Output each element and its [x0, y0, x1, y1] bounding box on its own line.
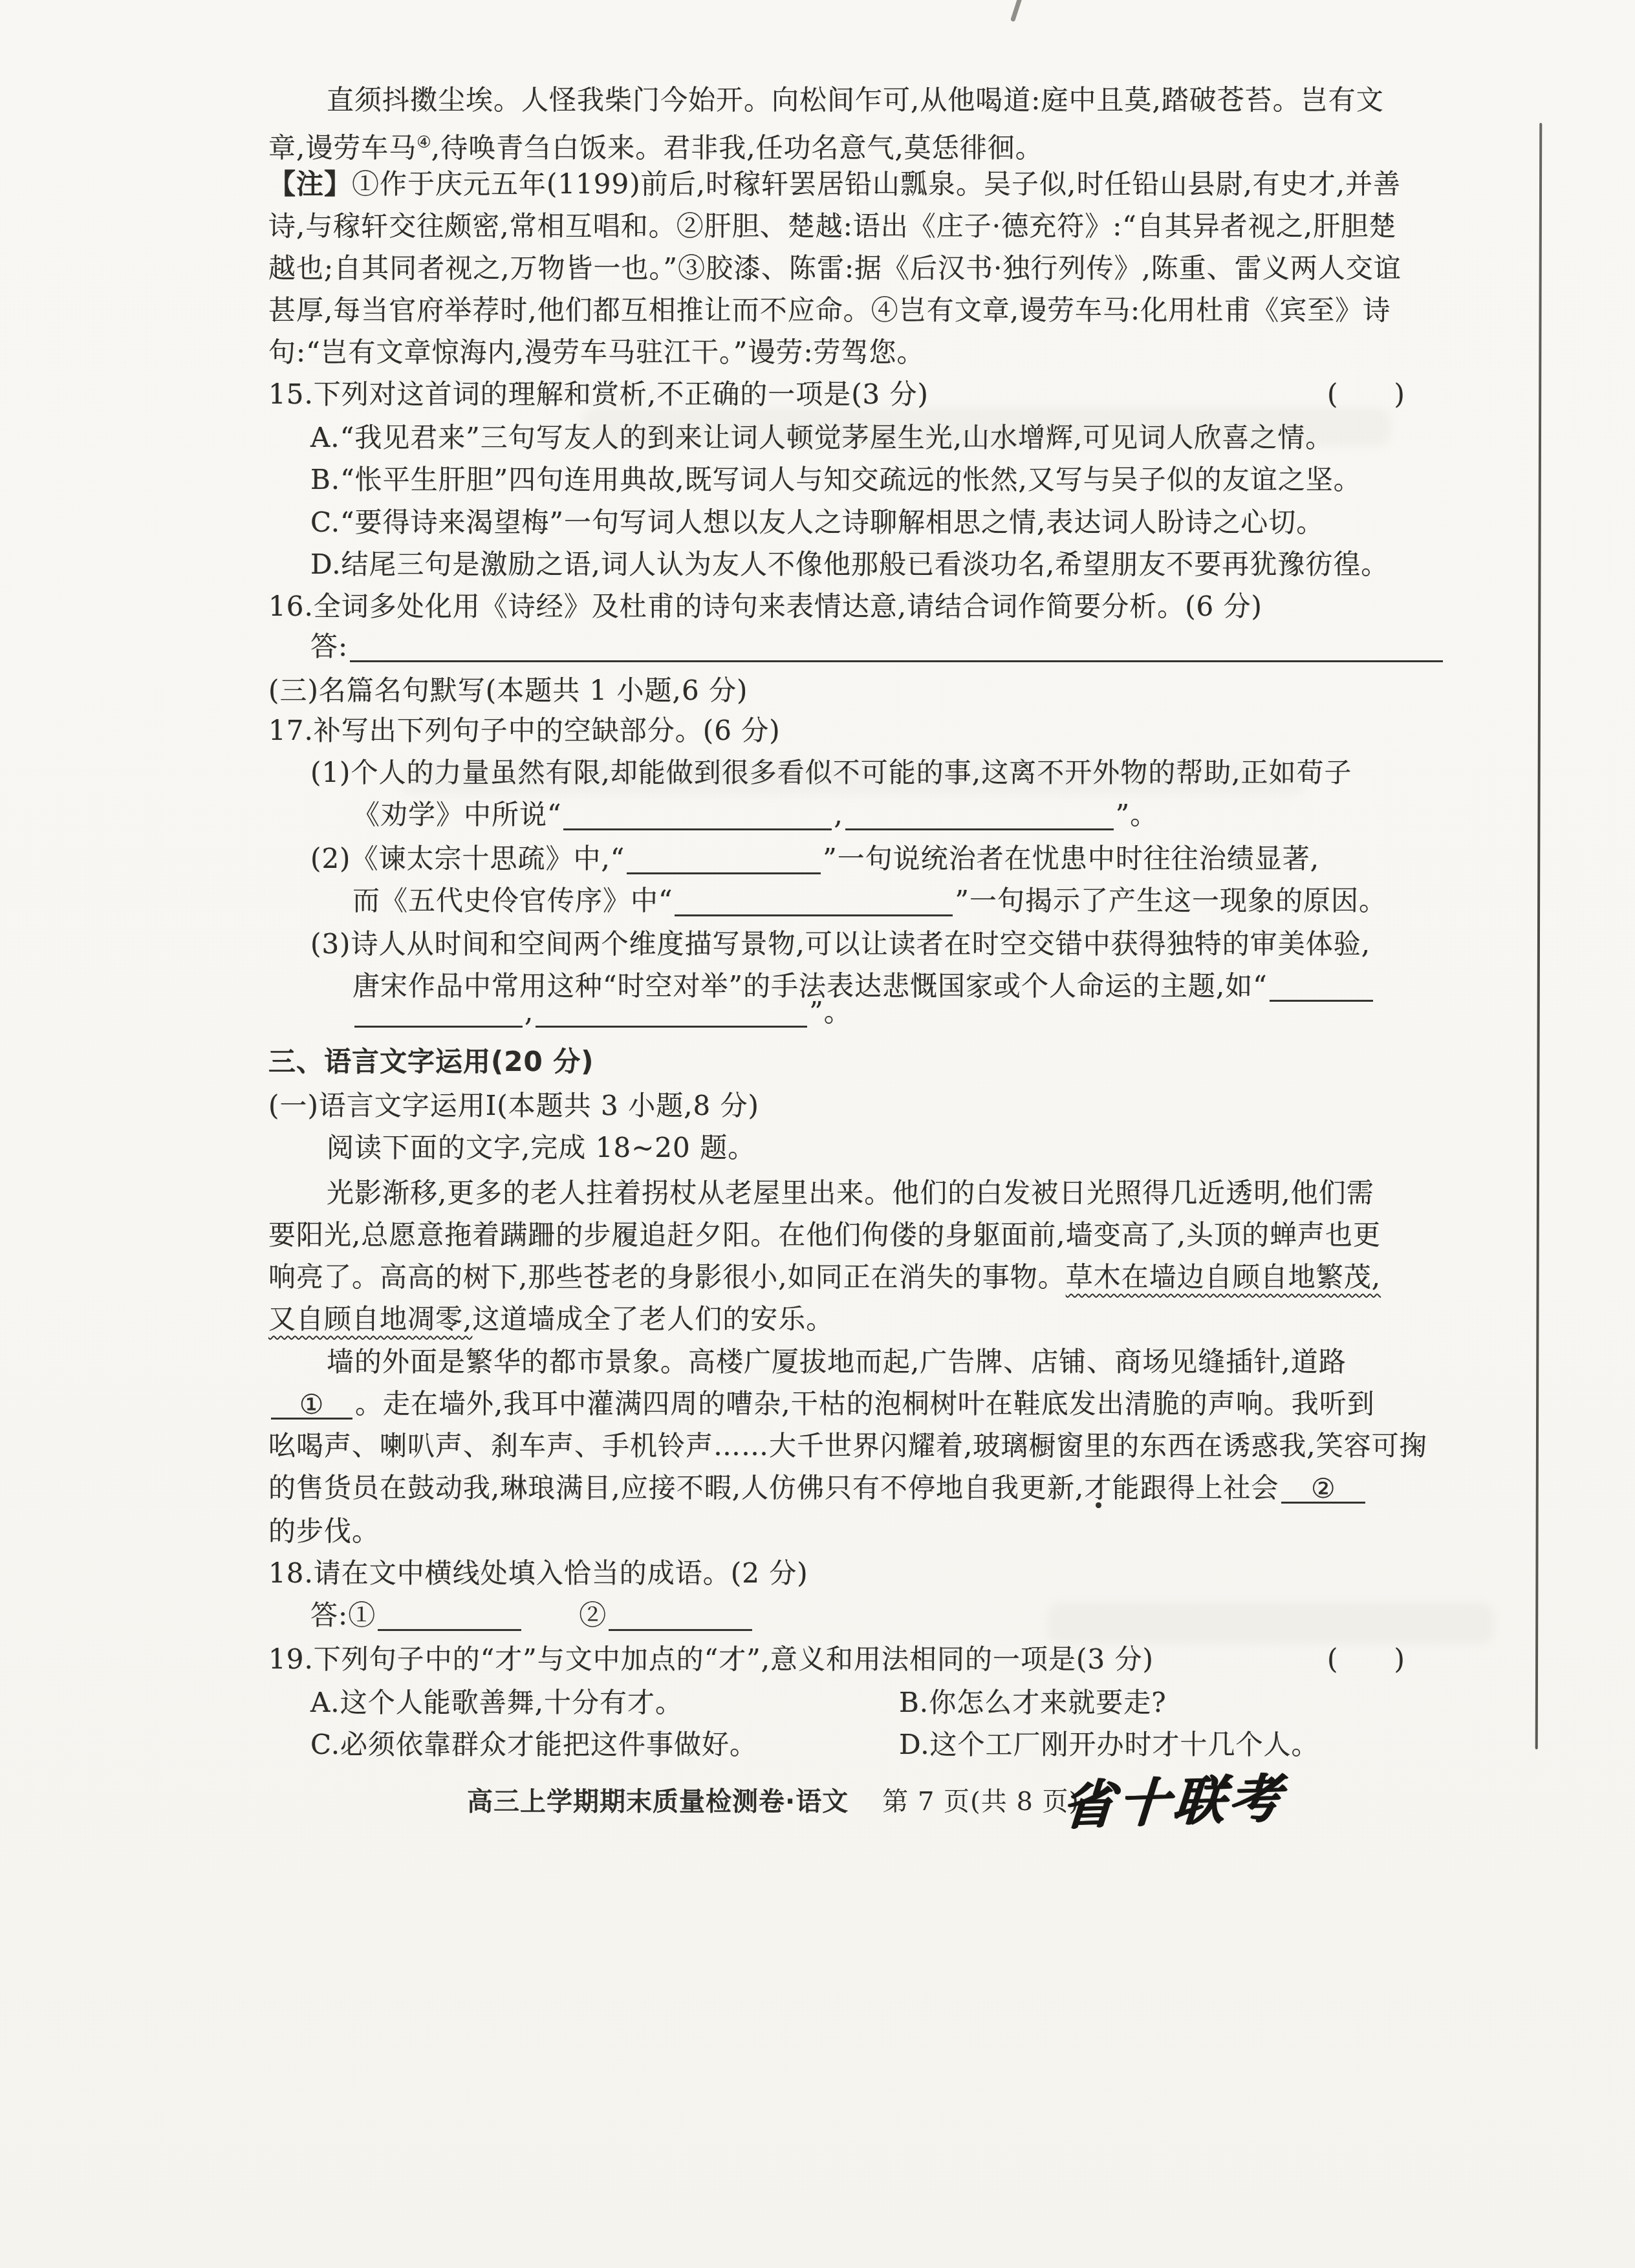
wavy-underlined-text: 草木在墙边自顾自地繁茂,	[1066, 1261, 1381, 1293]
q17-part2-line1: (2)《谏太宗十思疏》中,“”一句说统治者在忧患中时往往治绩显著,	[310, 839, 1319, 878]
section-3-heading: (三)名篇名句默写(本题共 1 小题,6 分)	[268, 671, 748, 710]
text-segment: 。走在墙外,我耳中灌满四周的嘈杂,干枯的泡桐树叶在鞋底发出清脆的声响。我听到	[355, 1388, 1375, 1420]
text-segment: 墙的外面是繁华的都市景象。高楼广厦拔地而起,广告牌、店铺、商场见缝插针,道路	[327, 1346, 1347, 1377]
text-segment: C.必须依靠群众才能把这件事做好。	[310, 1729, 757, 1760]
wavy-underlined-text: 又自顾自地凋零,	[268, 1303, 472, 1335]
text-segment: A.这个人能歌善舞,十分有才。	[310, 1687, 683, 1718]
text-segment: D.这个工厂刚开办时才十几个人。	[899, 1729, 1319, 1760]
text-segment: ”。	[809, 996, 851, 1028]
text-segment: A.“我见君来”三句写友人的到来让词人顿觉茅屋生光,山水增辉,可见词人欣喜之情。	[310, 422, 1333, 453]
blank-underline	[845, 799, 1114, 830]
text-segment: 句:“岂有文章惊海内,漫劳车马驻江干。”谩劳:劳驾您。	[268, 336, 925, 368]
text-segment: 答:①	[310, 1599, 376, 1631]
note-line-4: 甚厚,每当官府举荐时,他们都互相推让而不应命。④岂有文章,谩劳车马:化用杜甫《宾…	[268, 291, 1391, 330]
text-segment: (2)《谏太宗十思疏》中,“	[310, 843, 625, 874]
exam-page: 高三上学期期末质量检测卷·语文第 7 页(共 8 页) 省十联考 直须抖擞尘埃。…	[0, 0, 1635, 2268]
text-segment: B.“怅平生肝胆”四句连用典故,既写词人与知交疏远的怅然,又写与吴子似的友谊之坚…	[310, 464, 1361, 495]
note-line-5: 句:“岂有文章惊海内,漫劳车马驻江干。”谩劳:劳驾您。	[268, 333, 925, 372]
text-segment: 吆喝声、喇叭声、刹车声、手机铃声……大千世界闪耀着,玻璃橱窗里的东西在诱惑我,笑…	[268, 1430, 1427, 1462]
text-segment: D.结尾三句是激励之语,词人认为友人不像他那般已看淡功名,希望朋友不要再犹豫彷徨…	[310, 548, 1389, 580]
blank-underline	[1270, 971, 1373, 1002]
q19-option-a: A.这个人能歌善舞,十分有才。	[310, 1683, 683, 1722]
scan-artifact	[1010, 0, 1023, 22]
question-17: 17.补写出下列句子中的空缺部分。(6 分)	[268, 711, 781, 750]
q15-option-a: A.“我见君来”三句写友人的到来让词人顿觉茅屋生光,山水增辉,可见词人欣喜之情。	[310, 418, 1333, 457]
text-segment: 甚厚,每当官府举荐时,他们都互相推让而不应命。④岂有文章,谩劳车马:化用杜甫《宾…	[268, 294, 1391, 326]
text-segment: (3)诗人从时间和空间两个维度描写景物,可以让读者在时空交错中获得独特的审美体验…	[310, 928, 1370, 960]
part-3-heading: 三、语言文字运用(20 分)	[268, 1042, 594, 1081]
part-3-sub1-heading: (一)语言文字运用Ⅰ(本题共 3 小题,8 分)	[268, 1086, 759, 1125]
passage-p1-line4: 又自顾自地凋零,这道墙成全了老人们的安乐。	[268, 1300, 834, 1339]
poem-line-1: 直须抖擞尘埃。人怪我柴门今始开。向松间乍可,从他喝道:庭中且莫,踏破苍苔。岂有文	[327, 81, 1384, 120]
note-ref-superscript: ④	[417, 133, 431, 151]
text-segment: 而《五代史伶官传序》中“	[352, 885, 673, 916]
text-segment: 直须抖擞尘埃。人怪我柴门今始开。向松间乍可,从他喝道:庭中且莫,踏破苍苔。岂有文	[327, 84, 1384, 116]
passage-p2-line5: 的步伐。	[268, 1512, 380, 1551]
text-segment: 15.下列对这首词的理解和赏析,不正确的一项是(3 分)	[268, 378, 929, 410]
blank-underline	[354, 997, 523, 1028]
passage-p1-line1: 光影渐移,更多的老人拄着拐杖从老屋里出来。他们的白发被日光照得几近透明,他们需	[327, 1174, 1374, 1213]
heading-text: 三、语言文字运用(20 分)	[268, 1046, 594, 1077]
q17-part3-line3: ,”。	[352, 993, 852, 1031]
blank-underline	[378, 1600, 521, 1631]
blank-underline	[536, 997, 807, 1028]
text-segment: ①作于庆元五年(1199)前后,时稼轩罢居铅山瓢泉。吴子似,时任铅山县尉,有史才…	[352, 168, 1401, 200]
q19-option-d: D.这个工厂刚开办时才十几个人。	[899, 1725, 1319, 1764]
passage-p2-line2: ①。走在墙外,我耳中灌满四周的嘈杂,干枯的泡桐树叶在鞋底发出清脆的声响。我听到	[268, 1385, 1375, 1423]
page-edge-scan-line	[1535, 123, 1543, 1749]
poem-line-2: 章,谩劳车马④,待唤青刍白饭来。君非我,任功名意气,莫恁徘徊。	[268, 123, 1043, 167]
q17-part1-line1: (1)个人的力量虽然有限,却能做到很多看似不可能的事,这离不开外物的帮助,正如荀…	[310, 753, 1352, 792]
note-line-3: 越也;自其同者视之,万物皆一也。”③胶漆、陈雷:据《后汉书·独行列传》,陈重、雷…	[268, 249, 1402, 288]
q15-option-d: D.结尾三句是激励之语,词人认为友人不像他那般已看淡功名,希望朋友不要再犹豫彷徨…	[310, 545, 1389, 584]
text-segment: ,待唤青刍白饭来。君非我,任功名意气,莫恁徘徊。	[431, 132, 1043, 164]
blank-underline	[609, 1600, 752, 1631]
footer-exam-title: 高三上学期期末质量检测卷·语文	[467, 1787, 849, 1817]
page-footer: 高三上学期期末质量检测卷·语文第 7 页(共 8 页)	[467, 1785, 1079, 1819]
text-segment: 答:	[310, 631, 348, 662]
text-segment: 17.补写出下列句子中的空缺部分。(6 分)	[268, 715, 781, 746]
text-segment: ②	[523, 1599, 607, 1631]
passage-p1-line3: 响亮了。高高的树下,那些苍老的身影很小,如同正在消失的事物。草木在墙边自顾自地繁…	[268, 1258, 1381, 1297]
question-16: 16.全词多处化用《诗经》及杜甫的诗句来表情达意,请结合词作简要分析。(6 分)	[268, 587, 1262, 626]
text-segment: ”一句揭示了产生这一现象的原因。	[955, 885, 1386, 916]
question-18: 18.请在文中横线处填入恰当的成语。(2 分)	[268, 1554, 808, 1593]
answer-bracket: ( )	[1327, 1640, 1405, 1679]
heading-text: 【注】	[268, 168, 352, 200]
text-segment: 能跟得上社会	[1112, 1472, 1279, 1504]
text-segment: (1)个人的力量虽然有限,却能做到很多看似不可能的事,这离不开外物的帮助,正如荀…	[310, 757, 1352, 788]
text-segment: ”一句说统治者在忧患中时往往治绩显著,	[823, 843, 1319, 874]
passage-intro: 阅读下面的文字,完成 18~20 题。	[327, 1129, 755, 1167]
text-segment: 16.全词多处化用《诗经》及杜甫的诗句来表情达意,请结合词作简要分析。(6 分)	[268, 590, 1262, 622]
text-segment: 章,谩劳车马	[268, 132, 417, 164]
text-segment: 诗,与稼轩交往颇密,常相互唱和。②肝胆、楚越:语出《庄子·德充符》:“自其异者视…	[268, 210, 1396, 242]
text-segment: 阅读下面的文字,完成 18~20 题。	[327, 1132, 755, 1163]
note-line-1: 【注】①作于庆元五年(1199)前后,时稼轩罢居铅山瓢泉。吴子似,时任铅山县尉,…	[268, 165, 1401, 204]
text-segment: 19.下列句子中的“才”与文中加点的“才”,意义和用法相同的一项是(3 分)	[268, 1643, 1154, 1675]
blank-underline	[675, 885, 953, 916]
numbered-blank-underline: ①	[271, 1385, 352, 1420]
question-15: 15.下列对这首词的理解和赏析,不正确的一项是(3 分)( )	[268, 375, 929, 414]
q15-option-b: B.“怅平生肝胆”四句连用典故,既写词人与知交疏远的怅然,又写与吴子似的友谊之坚…	[310, 460, 1361, 499]
passage-p2-line4: 的售货员在鼓动我,琳琅满目,应接不暇,人仿佛只有不停地自我更新,才能跟得上社会②	[268, 1469, 1368, 1507]
text-segment: C.“要得诗来渴望梅”一句写词人想以友人之诗聊解相思之情,表达词人盼诗之心切。	[310, 506, 1324, 538]
text-segment: ,	[525, 996, 534, 1028]
note-line-2: 诗,与稼轩交往颇密,常相互唱和。②肝胆、楚越:语出《庄子·德充符》:“自其异者视…	[268, 207, 1396, 246]
footer-page-number: 第 7 页(共 8 页)	[882, 1787, 1079, 1817]
text-segment: 的步伐。	[268, 1515, 380, 1547]
text-segment: 18.请在文中横线处填入恰当的成语。(2 分)	[268, 1557, 808, 1589]
text-segment: (三)名篇名句默写(本题共 1 小题,6 分)	[268, 675, 748, 706]
passage-p2-line3: 吆喝声、喇叭声、刹车声、手机铃声……大千世界闪耀着,玻璃橱窗里的东西在诱惑我,笑…	[268, 1427, 1427, 1465]
q17-part3-line1: (3)诗人从时间和空间两个维度描写景物,可以让读者在时空交错中获得独特的审美体验…	[310, 925, 1370, 964]
q19-option-b: B.你怎么才来就要走?	[899, 1683, 1167, 1722]
q17-part1-line2: 《劝学》中所说“,”。	[352, 795, 1158, 834]
text-segment: 响亮了。高高的树下,那些苍老的身影很小,如同正在消失的事物。	[268, 1261, 1066, 1293]
text-segment: 要阳光,总愿意拖着蹒跚的步履追赶夕阳。在他们佝偻的身躯面前,墙变高了,头顶的蝉声…	[268, 1219, 1381, 1251]
blank-underline	[563, 799, 832, 830]
passage-p2-line1: 墙的外面是繁华的都市景象。高楼广厦拔地而起,广告牌、店铺、商场见缝插针,道路	[327, 1343, 1347, 1381]
q16-answer-line: 答:	[310, 627, 1445, 666]
text-segment: ”。	[1116, 799, 1158, 830]
emphasis-dot-char: 才	[1084, 1469, 1112, 1507]
q17-part2-line2: 而《五代史伶官传序》中“”一句揭示了产生这一现象的原因。	[352, 881, 1387, 920]
text-segment: 的售货员在鼓动我,琳琅满目,应接不暇,人仿佛只有不停地自我更新,	[268, 1472, 1084, 1504]
text-segment: 《劝学》中所说“	[352, 799, 561, 830]
blank-underline	[627, 843, 821, 874]
text-segment: 越也;自其同者视之,万物皆一也。”③胶漆、陈雷:据《后汉书·独行列传》,陈重、雷…	[268, 252, 1402, 284]
q15-option-c: C.“要得诗来渴望梅”一句写词人想以友人之诗聊解相思之情,表达词人盼诗之心切。	[310, 503, 1324, 542]
passage-p1-line2: 要阳光,总愿意拖着蹒跚的步履追赶夕阳。在他们佝偻的身躯面前,墙变高了,头顶的蝉声…	[268, 1216, 1381, 1255]
footer-stamp-calligraphy: 省十联考	[1059, 1756, 1287, 1839]
text-segment: ,	[834, 799, 843, 830]
text-segment: 这道墙成全了老人们的安乐。	[472, 1303, 834, 1335]
text-segment: (一)语言文字运用Ⅰ(本题共 3 小题,8 分)	[268, 1090, 759, 1121]
answer-bracket: ( )	[1327, 375, 1405, 414]
blank-underline	[350, 631, 1443, 662]
numbered-blank-underline: ②	[1281, 1469, 1365, 1504]
question-19: 19.下列句子中的“才”与文中加点的“才”,意义和用法相同的一项是(3 分)( …	[268, 1640, 1154, 1679]
q18-answer-line: 答:① ②	[310, 1596, 754, 1635]
text-segment: 光影渐移,更多的老人拄着拐杖从老屋里出来。他们的白发被日光照得几近透明,他们需	[327, 1177, 1374, 1209]
bleedthrough-ghost	[1048, 1603, 1494, 1644]
text-segment: B.你怎么才来就要走?	[899, 1687, 1167, 1718]
q19-option-c: C.必须依靠群众才能把这件事做好。	[310, 1725, 757, 1764]
